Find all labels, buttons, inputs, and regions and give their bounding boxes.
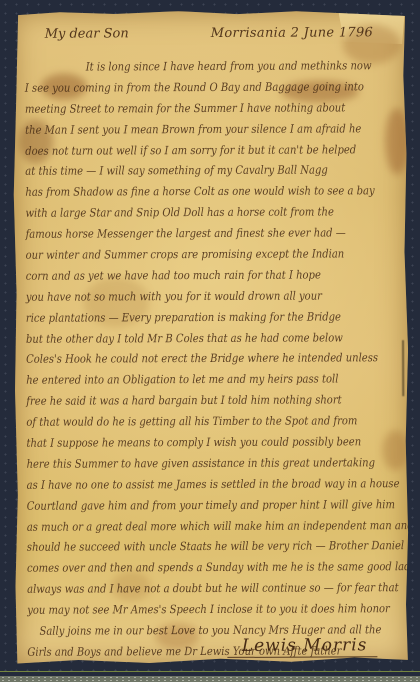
mat-bottom-band	[0, 676, 420, 682]
letter-scan: My dear Son Morrisania 2 June 1796 It is…	[0, 0, 420, 682]
letter-line: but the other day I told Mr B Coles that…	[26, 327, 353, 349]
letter-line: our winter and Summer crops are promisin…	[26, 243, 353, 265]
letter-line: I see you coming in from the Round O Bay…	[25, 76, 352, 98]
letter-line: comes over and then and spends a Sunday …	[27, 557, 354, 579]
letter-line: you may not see Mr Ames's Speech I inclo…	[27, 599, 354, 621]
letter-line: free he said it was a hard bargain but I…	[26, 390, 353, 412]
letter-line: It is long since I have heard from you a…	[25, 55, 352, 77]
mat-accent-line	[0, 671, 420, 672]
paper-crease	[402, 340, 404, 396]
letter-line: famous horse Messenger the largest and f…	[26, 223, 353, 245]
letter-line: the Man I sent you I mean Brown from you…	[25, 118, 352, 140]
letter-body: It is long since I have heard from you a…	[25, 55, 404, 662]
letter-line: has from Shadow as fine a horse Colt as …	[25, 181, 352, 203]
letter-line: Courtland gave him and from your timely …	[27, 494, 354, 516]
letter-line: should he succeed with uncle Staats he w…	[27, 536, 354, 558]
letter-line: corn and as yet we have had too much rai…	[26, 264, 353, 286]
letter-line: of that would do he is getting all his T…	[26, 411, 353, 433]
letter-line: does not turn out well if so I am sorry …	[25, 139, 352, 161]
letter-line: at this time — I will say something of m…	[25, 160, 352, 182]
letter-line: as much or a great deal more which will …	[27, 515, 354, 537]
letter-line: here this Summer to have given assistanc…	[27, 452, 354, 474]
signature: Lewis Morris	[228, 635, 378, 658]
letter-line: you have not so much with you for it wou…	[26, 285, 353, 307]
letter-line: that I suppose he means to comply I wish…	[26, 431, 353, 453]
letter-line: with a large Star and Snip Old Doll has …	[25, 202, 352, 224]
letter-line: always was and I have not a doubt but he…	[27, 578, 354, 600]
letter-line: he entered into an Obligation to let me …	[26, 369, 353, 391]
letter-line: Coles's Hook he could not erect the Brid…	[26, 348, 353, 370]
letter-line: as I have no one to assist me James is s…	[27, 473, 354, 495]
letter-header: My dear Son Morrisania 2 June 1796	[25, 25, 399, 42]
salutation: My dear Son	[45, 26, 129, 41]
letter-paper: My dear Son Morrisania 2 June 1796 It is…	[13, 10, 410, 665]
dateline: Morrisania 2 June 1796	[211, 25, 374, 41]
letter-line: meeting Street to remain for the Summer …	[25, 97, 352, 119]
letter-line: rice plantations — Every preparation is …	[26, 306, 353, 328]
